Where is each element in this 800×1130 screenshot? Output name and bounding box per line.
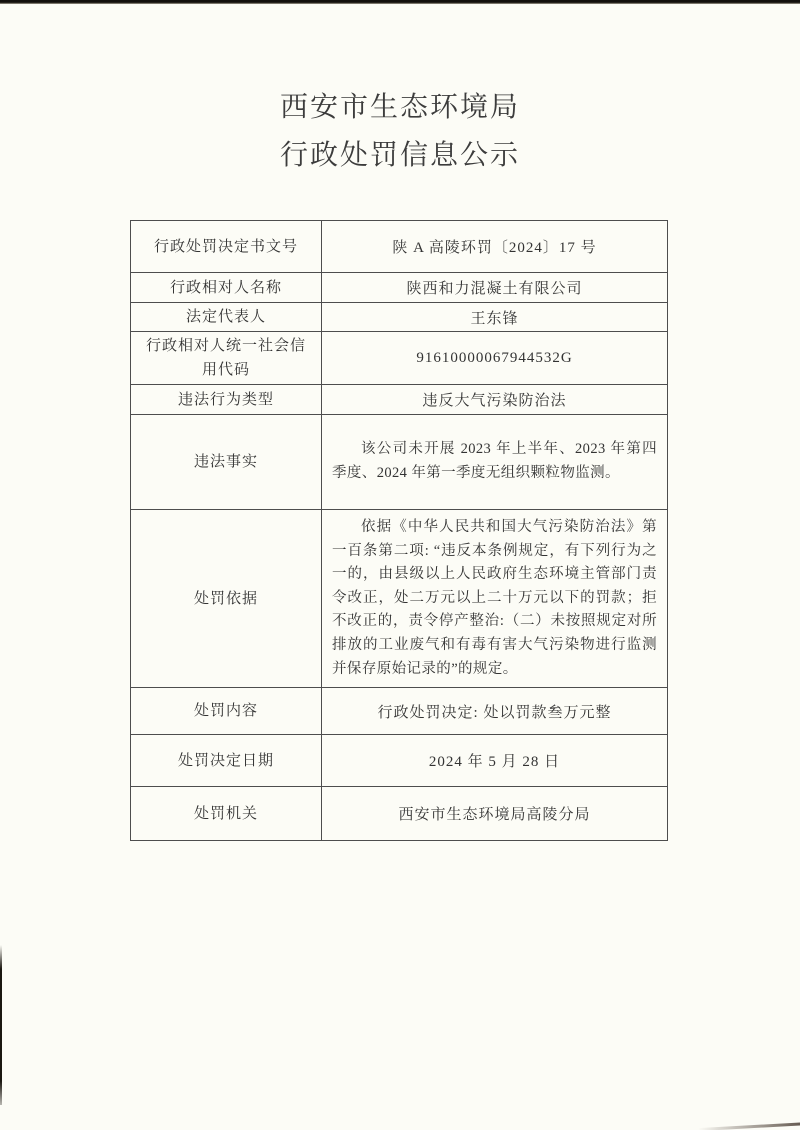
row-value: 陕西和力混凝土有限公司 [322,273,668,303]
row-value: 依据《中华人民共和国大气污染防治法》第一百条第二项: “违反本条例规定，有下列行… [322,510,668,688]
penalty-table-container: 行政处罚决定书文号 陕 A 高陵环罚〔2024〕17 号 行政相对人名称 陕西和… [130,220,668,841]
table-row-decision-date: 处罚决定日期 2024 年 5 月 28 日 [131,735,668,787]
scan-edge-corner-artifact [698,1122,800,1130]
row-value: 西安市生态环境局高陵分局 [322,787,668,841]
table-row-penalty-content: 处罚内容 行政处罚决定: 处以罚款叁万元整 [131,688,668,735]
row-label: 处罚机关 [131,787,322,841]
row-label: 法定代表人 [131,303,322,332]
table-row-credit-code: 行政相对人统一社会信用代码 91610000067944532G [131,332,668,385]
scan-edge-left-artifact [0,945,2,1105]
row-label: 行政相对人名称 [131,273,322,303]
row-label: 行政相对人统一社会信用代码 [131,332,322,385]
table-row-decision-number: 行政处罚决定书文号 陕 A 高陵环罚〔2024〕17 号 [131,221,668,273]
row-label: 行政处罚决定书文号 [131,221,322,273]
row-label: 违法事实 [131,415,322,510]
row-label: 违法行为类型 [131,385,322,415]
row-label: 处罚依据 [131,510,322,688]
page-title-line-1: 西安市生态环境局 [0,84,800,132]
document-page: 西安市生态环境局 行政处罚信息公示 行政处罚决定书文号 陕 A 高陵环罚〔202… [0,0,800,1130]
scan-edge-top-artifact [0,0,800,4]
row-label: 处罚决定日期 [131,735,322,787]
table-row-legal-representative: 法定代表人 王东锋 [131,303,668,332]
row-value: 陕 A 高陵环罚〔2024〕17 号 [322,221,668,273]
page-title-line-2: 行政处罚信息公示 [0,132,800,180]
page-title: 西安市生态环境局 行政处罚信息公示 [0,84,800,180]
row-value: 行政处罚决定: 处以罚款叁万元整 [322,688,668,735]
row-value: 91610000067944532G [322,332,668,385]
row-value: 2024 年 5 月 28 日 [322,735,668,787]
row-value: 王东锋 [322,303,668,332]
table-row-party-name: 行政相对人名称 陕西和力混凝土有限公司 [131,273,668,303]
table-row-violation-type: 违法行为类型 违反大气污染防治法 [131,385,668,415]
table-row-penalty-basis: 处罚依据 依据《中华人民共和国大气污染防治法》第一百条第二项: “违反本条例规定… [131,510,668,688]
table-row-violation-facts: 违法事实 该公司未开展 2023 年上半年、2023 年第四季度、2024 年第… [131,415,668,510]
row-value: 违反大气污染防治法 [322,385,668,415]
table-row-penalty-authority: 处罚机关 西安市生态环境局高陵分局 [131,787,668,841]
row-label: 处罚内容 [131,688,322,735]
row-value: 该公司未开展 2023 年上半年、2023 年第四季度、2024 年第一季度无组… [322,415,668,510]
penalty-info-table: 行政处罚决定书文号 陕 A 高陵环罚〔2024〕17 号 行政相对人名称 陕西和… [130,220,668,841]
